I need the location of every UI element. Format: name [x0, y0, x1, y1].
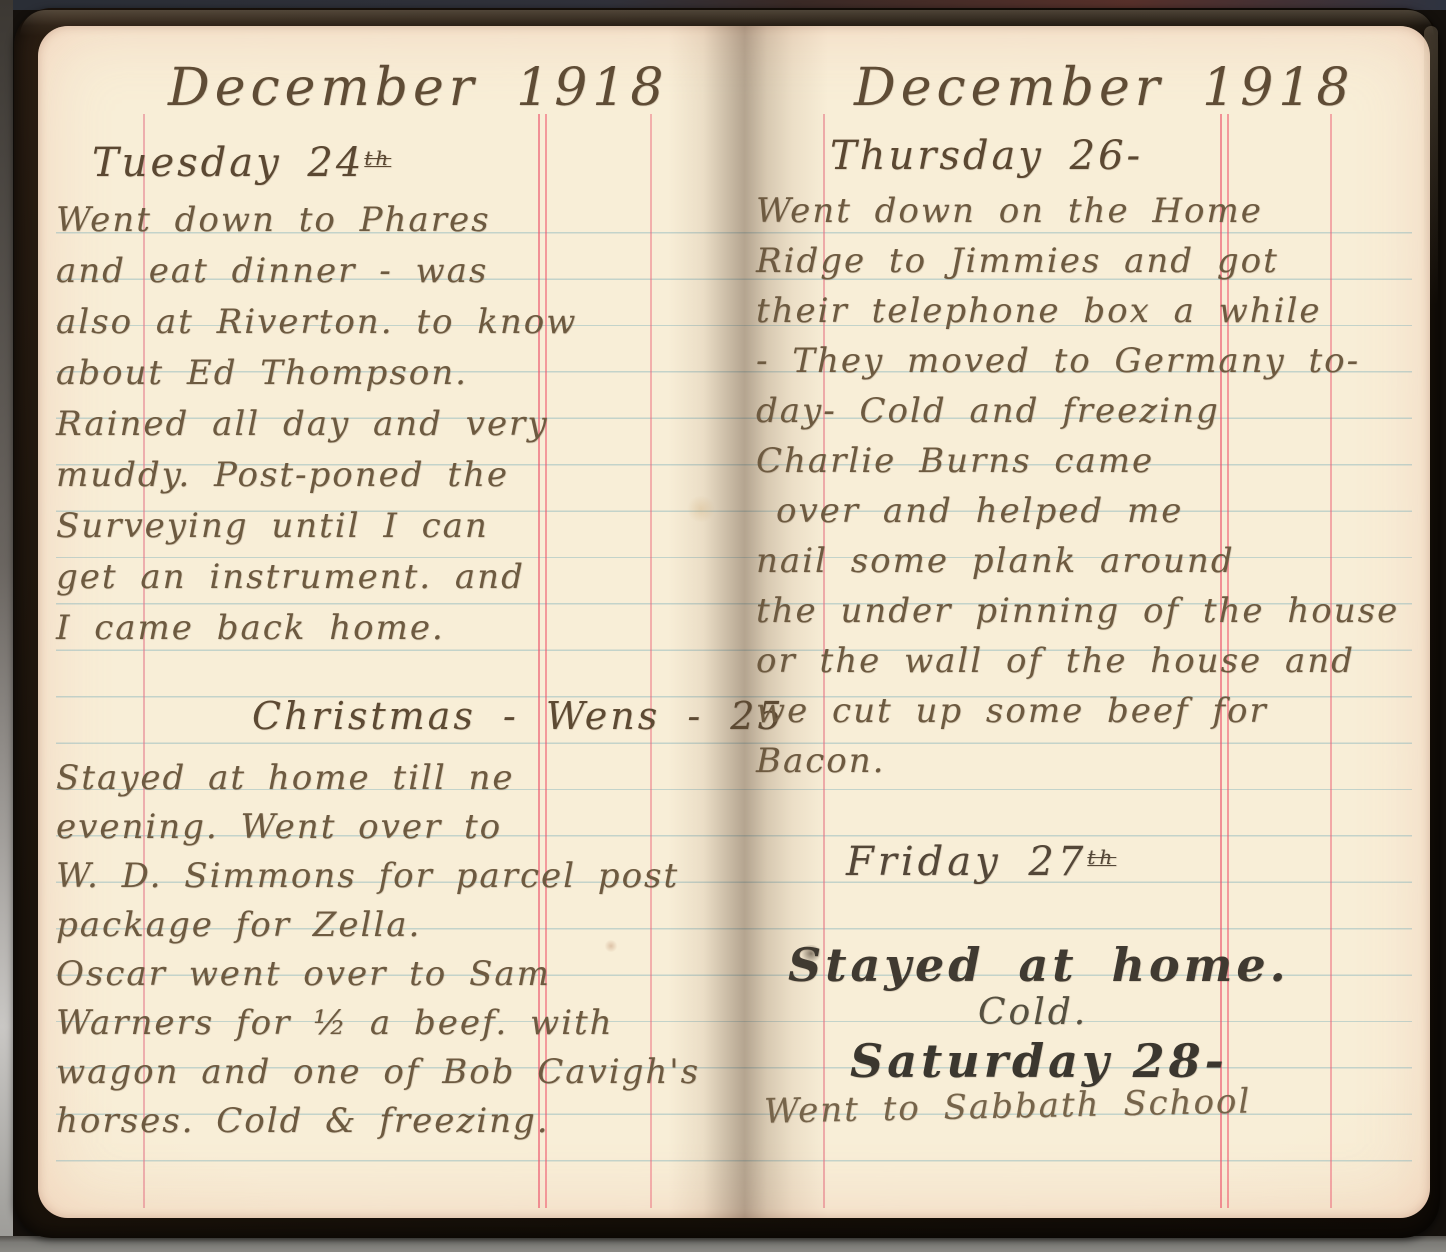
handwritten-line: Charlie Burns came	[750, 436, 1426, 486]
handwritten-line: Tuesday 24th	[56, 126, 732, 195]
handwritten-entries: Thursday 26-Went down on the HomeRidge t…	[750, 126, 1426, 1135]
scan-edge-left	[0, 0, 13, 1252]
handwritten-line: Friday 27th	[750, 828, 1426, 891]
handwritten-line: Stayed at home till ne	[56, 754, 732, 803]
handwritten-line: over and helped me	[750, 486, 1426, 536]
handwritten-line: nail some plank around	[750, 536, 1426, 586]
diary-page-right: December 1918 Thursday 26-Went down on t…	[750, 50, 1426, 1135]
handwritten-line: Thursday 26-	[750, 126, 1426, 186]
handwritten-line: horses. Cold & freezing.	[56, 1097, 732, 1146]
handwritten-line: Oscar went over to Sam	[56, 950, 732, 999]
ordinal-suffix: th	[1087, 845, 1116, 869]
handwritten-line: package for Zella.	[56, 901, 732, 950]
handwritten-line: and eat dinner - was	[56, 246, 732, 297]
month-header: December 1918	[56, 50, 732, 126]
handwritten-line: also at Riverton. to know	[56, 297, 732, 348]
handwritten-line: evening. Went over to	[56, 803, 732, 852]
scan-edge-bottom	[0, 1236, 1446, 1252]
handwritten-line: Warners for ½ a beef. with	[56, 999, 732, 1048]
handwritten-line: Rained all day and very	[56, 399, 732, 450]
handwritten-line: Went down to Phares	[56, 195, 732, 246]
handwritten-line: - They moved to Germany to-	[750, 336, 1426, 386]
handwritten-line: Stayed at home.	[750, 937, 1426, 993]
handwritten-line: I came back home.	[56, 603, 732, 654]
diary-page-left: December 1918 Tuesday 24thWent down to P…	[56, 50, 732, 1146]
handwritten-line: Went down on the Home	[750, 186, 1426, 236]
handwritten-line: about Ed Thompson.	[56, 348, 732, 399]
handwritten-line: Ridge to Jimmies and got	[750, 236, 1426, 286]
handwritten-line: muddy. Post-poned the	[56, 450, 732, 501]
diary-scan: December 1918 Tuesday 24thWent down to P…	[0, 0, 1446, 1252]
handwritten-entries: Tuesday 24thWent down to Pharesand eat d…	[56, 126, 732, 1146]
handwritten-line: Christmas - Wens - 25	[56, 688, 732, 744]
handwritten-line: Cold.	[750, 993, 1426, 1033]
handwritten-line: W. D. Simmons for parcel post	[56, 852, 732, 901]
handwritten-line: or the wall of the house and	[750, 636, 1426, 686]
handwritten-line: day- Cold and freezing	[750, 386, 1426, 436]
handwritten-line: get an instrument. and	[56, 552, 732, 603]
diary-open-pages: December 1918 Tuesday 24thWent down to P…	[38, 26, 1430, 1218]
diary-cover: December 1918 Tuesday 24thWent down to P…	[14, 8, 1440, 1238]
handwritten-line: wagon and one of Bob Cavigh's	[56, 1048, 732, 1097]
handwritten-line: Surveying until I can	[56, 501, 732, 552]
handwritten-line: the under pinning of the house	[750, 586, 1426, 636]
handwritten-line: Bacon.	[750, 736, 1426, 786]
handwritten-line: their telephone box a while	[750, 286, 1426, 336]
handwritten-line: we cut up some beef for	[750, 686, 1426, 736]
ordinal-suffix: th	[364, 146, 391, 170]
month-header: December 1918	[750, 50, 1426, 126]
